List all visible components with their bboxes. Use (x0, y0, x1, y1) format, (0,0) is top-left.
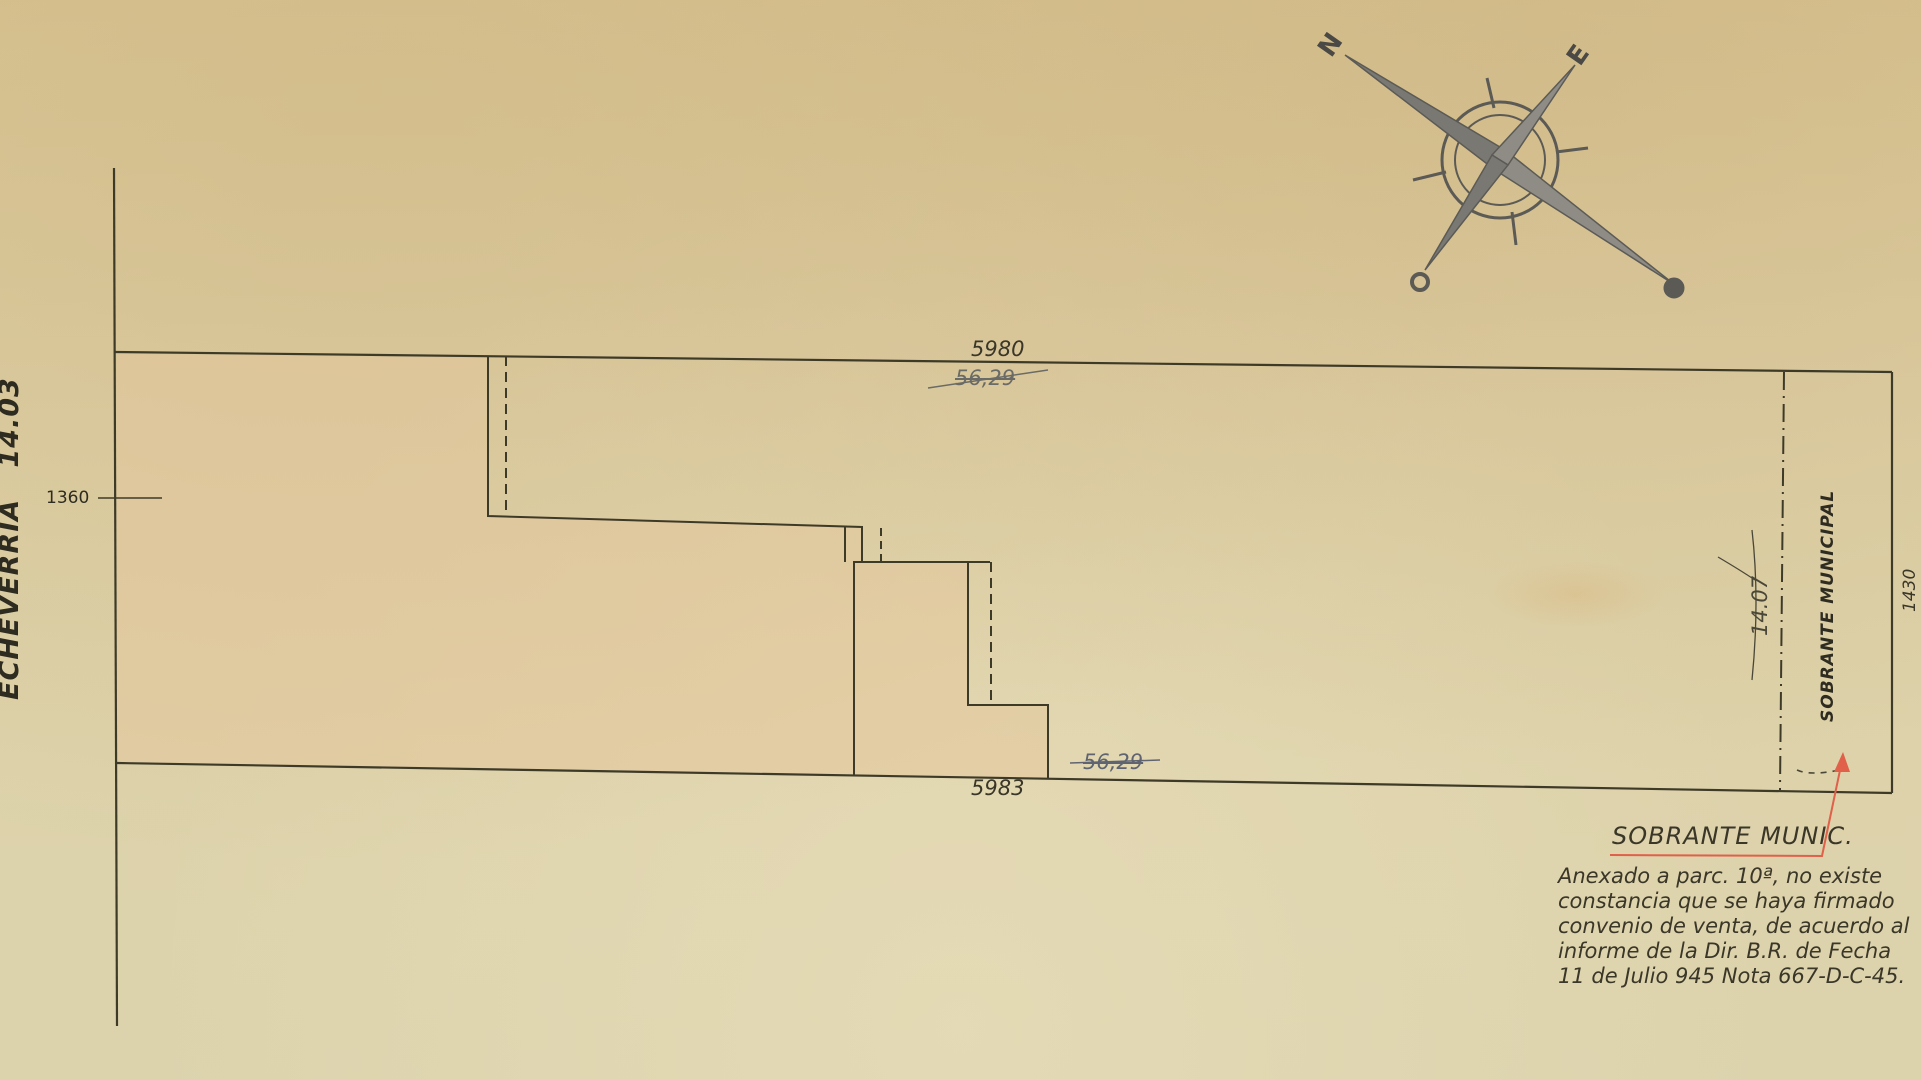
dimension-rear-outer: 1430 (1900, 569, 1920, 612)
dimension-bottom-struck: 56,29 (1083, 750, 1143, 774)
surplus-boundary-line (1780, 372, 1784, 790)
dimension-1360: 1360 (46, 488, 89, 508)
annotation-line: 11 de Julio 945 Nota 667-D-C-45. (1558, 964, 1918, 989)
compass-north-label: N (1312, 28, 1349, 63)
surplus-corner-dashes (1797, 770, 1840, 773)
red-arrowhead-icon (1834, 752, 1850, 772)
street-line (114, 168, 117, 1026)
street-name-label: ECHEVERRIA 14.03 (0, 377, 25, 700)
dimension-top-struck: 56,29 (955, 366, 1015, 390)
dimension-rear-inner: 14.07 (1748, 576, 1772, 636)
annotation-line: Anexado a parc. 10ª, no existe (1558, 864, 1918, 889)
dimension-top-length: 5980 (971, 337, 1024, 361)
annotation-line: convenio de venta, de acuerdo al (1558, 914, 1918, 939)
compass-rose-icon (1345, 55, 1683, 297)
street-frontage: 14.03 (0, 377, 25, 467)
annotation-line: constancia que se haya firmado (1558, 889, 1918, 914)
building-footprint (117, 354, 862, 774)
dimension-bottom-length: 5983 (971, 776, 1024, 800)
municipal-surplus-area-label: SOBRANTE MUNICIPAL (1818, 490, 1838, 722)
annotation-title: SOBRANTE MUNIC. (1612, 822, 1854, 850)
compass-east-label: E (1561, 39, 1596, 71)
annotation-note: Anexado a parc. 10ª, no existe constanci… (1558, 864, 1918, 989)
building-rear-block (854, 562, 1048, 778)
annotation-line: informe de la Dir. B.R. de Fecha (1558, 939, 1918, 964)
street-name: ECHEVERRIA (0, 499, 25, 700)
